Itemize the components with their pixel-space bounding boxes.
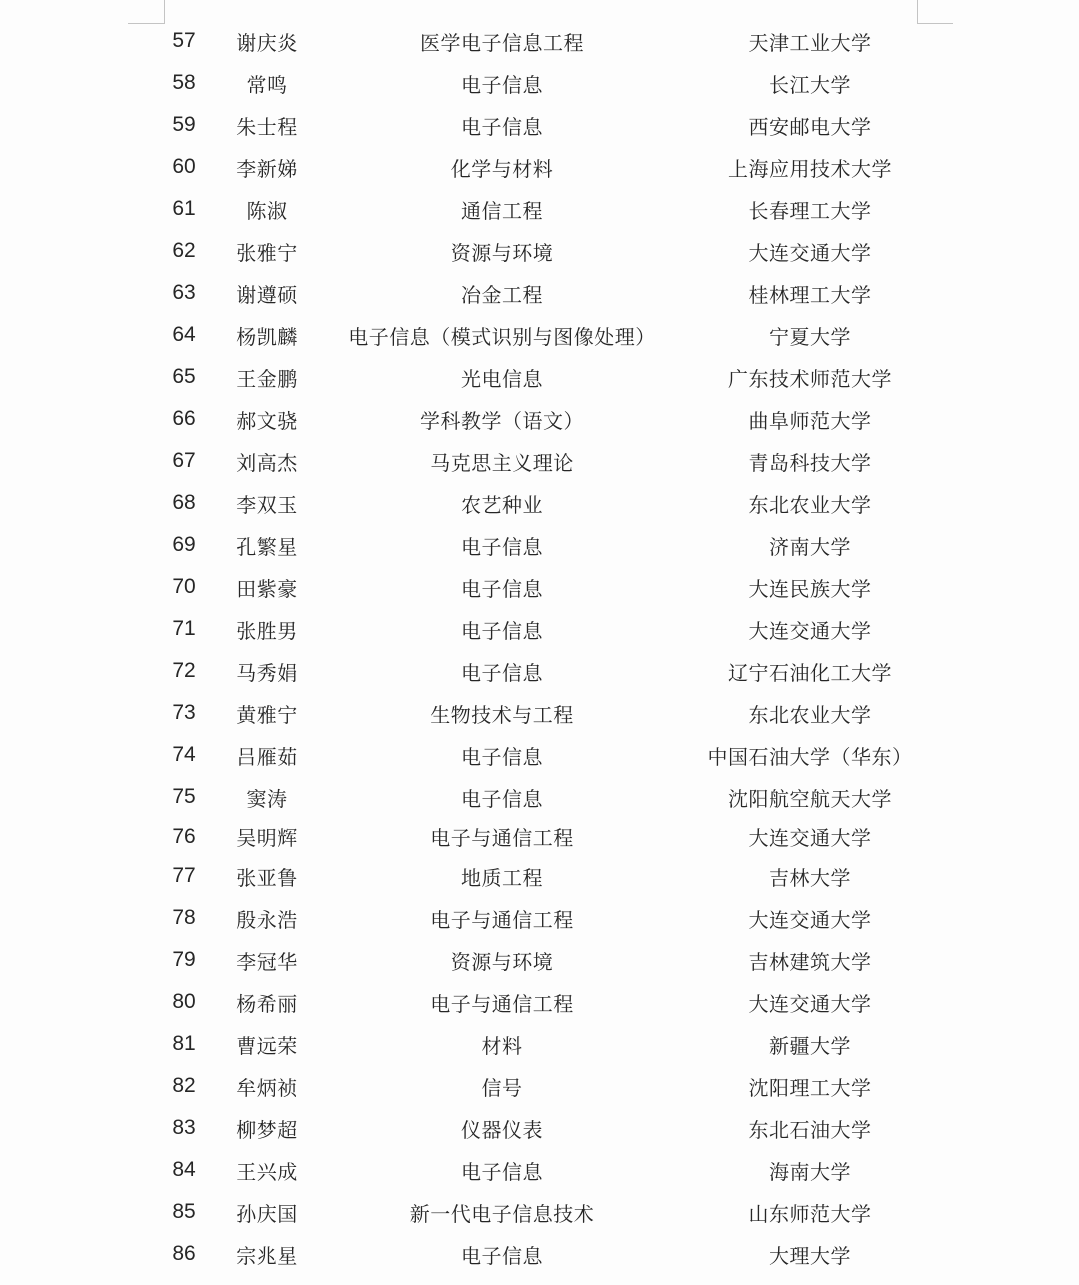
table-row: 78 殷永浩 电子与通信工程 大连交通大学	[128, 897, 953, 939]
major-cell: 电子与通信工程	[318, 897, 686, 939]
table-row: 76 吴明辉 电子与通信工程 大连交通大学	[128, 818, 953, 855]
table-row: 64 杨凯麟 电子信息（模式识别与图像处理） 宁夏大学	[128, 314, 953, 356]
table-row: 58 常鸣 电子信息 长江大学	[128, 62, 953, 104]
university-cell: 大连交通大学	[666, 897, 954, 939]
table-row: 80 杨希丽 电子与通信工程 大连交通大学	[128, 981, 953, 1023]
table-row: 70 田紫豪 电子信息 大连民族大学	[128, 566, 953, 608]
table-row: 75 窦涛 电子信息 沈阳航空航天大学	[128, 776, 953, 818]
university-cell: 天津工业大学	[666, 20, 954, 62]
university-cell: 吉林大学	[666, 855, 954, 897]
major-cell: 电子信息（模式识别与图像处理）	[318, 314, 686, 356]
university-cell: 曲阜师范大学	[666, 398, 954, 440]
university-cell: 沈阳理工大学	[666, 1065, 954, 1107]
university-cell: 大理大学	[666, 1233, 954, 1275]
university-cell: 上海应用技术大学	[666, 146, 954, 188]
university-cell: 东北农业大学	[666, 692, 954, 734]
university-cell: 大连交通大学	[666, 230, 954, 272]
major-cell: 电子与通信工程	[318, 818, 686, 855]
table-row: 77 张亚鲁 地质工程 吉林大学	[128, 855, 953, 897]
table-row: 85 孙庆国 新一代电子信息技术 山东师范大学	[128, 1191, 953, 1233]
university-cell: 广东技术师范大学	[666, 356, 954, 398]
table-row: 60 李新娣 化学与材料 上海应用技术大学	[128, 146, 953, 188]
university-cell: 济南大学	[666, 524, 954, 566]
university-cell: 沈阳航空航天大学	[666, 776, 954, 818]
major-cell: 电子信息	[318, 608, 686, 650]
major-cell: 电子信息	[318, 566, 686, 608]
table-row: 81 曹远荣 材料 新疆大学	[128, 1023, 953, 1065]
university-cell: 吉林建筑大学	[666, 939, 954, 981]
major-cell: 光电信息	[318, 356, 686, 398]
university-cell: 宁夏大学	[666, 314, 954, 356]
major-cell: 农艺种业	[318, 482, 686, 524]
table-row: 84 王兴成 电子信息 海南大学	[128, 1149, 953, 1191]
university-cell: 长江大学	[666, 62, 954, 104]
university-cell: 大连民族大学	[666, 566, 954, 608]
table-row: 68 李双玉 农艺种业 东北农业大学	[128, 482, 953, 524]
major-cell: 通信工程	[318, 188, 686, 230]
university-cell: 大连交通大学	[666, 608, 954, 650]
table-row: 65 王金鹏 光电信息 广东技术师范大学	[128, 356, 953, 398]
major-cell: 新一代电子信息技术	[318, 1191, 686, 1233]
university-cell: 辽宁石油化工大学	[666, 650, 954, 692]
table-row: 79 李冠华 资源与环境 吉林建筑大学	[128, 939, 953, 981]
major-cell: 电子信息	[318, 1233, 686, 1275]
major-cell: 材料	[318, 1023, 686, 1065]
table-row: 71 张胜男 电子信息 大连交通大学	[128, 608, 953, 650]
table-row: 73 黄雅宁 生物技术与工程 东北农业大学	[128, 692, 953, 734]
table-row: 86 宗兆星 电子信息 大理大学	[128, 1233, 953, 1275]
major-cell: 电子信息	[318, 734, 686, 776]
major-cell: 资源与环境	[318, 939, 686, 981]
university-cell: 中国石油大学（华东）	[666, 734, 954, 776]
major-cell: 资源与环境	[318, 230, 686, 272]
university-cell: 长春理工大学	[666, 188, 954, 230]
major-cell: 电子信息	[318, 650, 686, 692]
table-row: 61 陈淑 通信工程 长春理工大学	[128, 188, 953, 230]
major-cell: 电子信息	[318, 1149, 686, 1191]
university-cell: 西安邮电大学	[666, 104, 954, 146]
table-row: 59 朱士程 电子信息 西安邮电大学	[128, 104, 953, 146]
university-cell: 大连交通大学	[666, 818, 954, 855]
major-cell: 电子信息	[318, 104, 686, 146]
table-row: 74 吕雁茹 电子信息 中国石油大学（华东）	[128, 734, 953, 776]
table-row: 82 牟炳祯 信号 沈阳理工大学	[128, 1065, 953, 1107]
table-row: 57 谢庆炎 医学电子信息工程 天津工业大学	[128, 20, 953, 62]
major-cell: 电子信息	[318, 524, 686, 566]
major-cell: 电子信息	[318, 776, 686, 818]
major-cell: 地质工程	[318, 855, 686, 897]
university-cell: 青岛科技大学	[666, 440, 954, 482]
table-row: 69 孔繁星 电子信息 济南大学	[128, 524, 953, 566]
major-cell: 马克思主义理论	[318, 440, 686, 482]
table-row: 63 谢遵硕 冶金工程 桂林理工大学	[128, 272, 953, 314]
table-row: 62 张雅宁 资源与环境 大连交通大学	[128, 230, 953, 272]
university-cell: 大连交通大学	[666, 981, 954, 1023]
university-cell: 东北石油大学	[666, 1107, 954, 1149]
major-cell: 冶金工程	[318, 272, 686, 314]
major-cell: 医学电子信息工程	[318, 20, 686, 62]
major-cell: 化学与材料	[318, 146, 686, 188]
major-cell: 学科教学（语文）	[318, 398, 686, 440]
university-cell: 海南大学	[666, 1149, 954, 1191]
major-cell: 信号	[318, 1065, 686, 1107]
table-row: 67 刘高杰 马克思主义理论 青岛科技大学	[128, 440, 953, 482]
major-cell: 电子信息	[318, 62, 686, 104]
university-cell: 桂林理工大学	[666, 272, 954, 314]
major-cell: 电子与通信工程	[318, 981, 686, 1023]
university-cell: 山东师范大学	[666, 1191, 954, 1233]
major-cell: 仪器仪表	[318, 1107, 686, 1149]
table-row: 72 马秀娟 电子信息 辽宁石油化工大学	[128, 650, 953, 692]
university-cell: 东北农业大学	[666, 482, 954, 524]
major-cell: 生物技术与工程	[318, 692, 686, 734]
table-row: 66 郝文骁 学科教学（语文） 曲阜师范大学	[128, 398, 953, 440]
table-row: 83 柳梦超 仪器仪表 东北石油大学	[128, 1107, 953, 1149]
candidate-roster-table: 57 谢庆炎 医学电子信息工程 天津工业大学 58 常鸣 电子信息 长江大学 5…	[128, 20, 953, 1275]
university-cell: 新疆大学	[666, 1023, 954, 1065]
